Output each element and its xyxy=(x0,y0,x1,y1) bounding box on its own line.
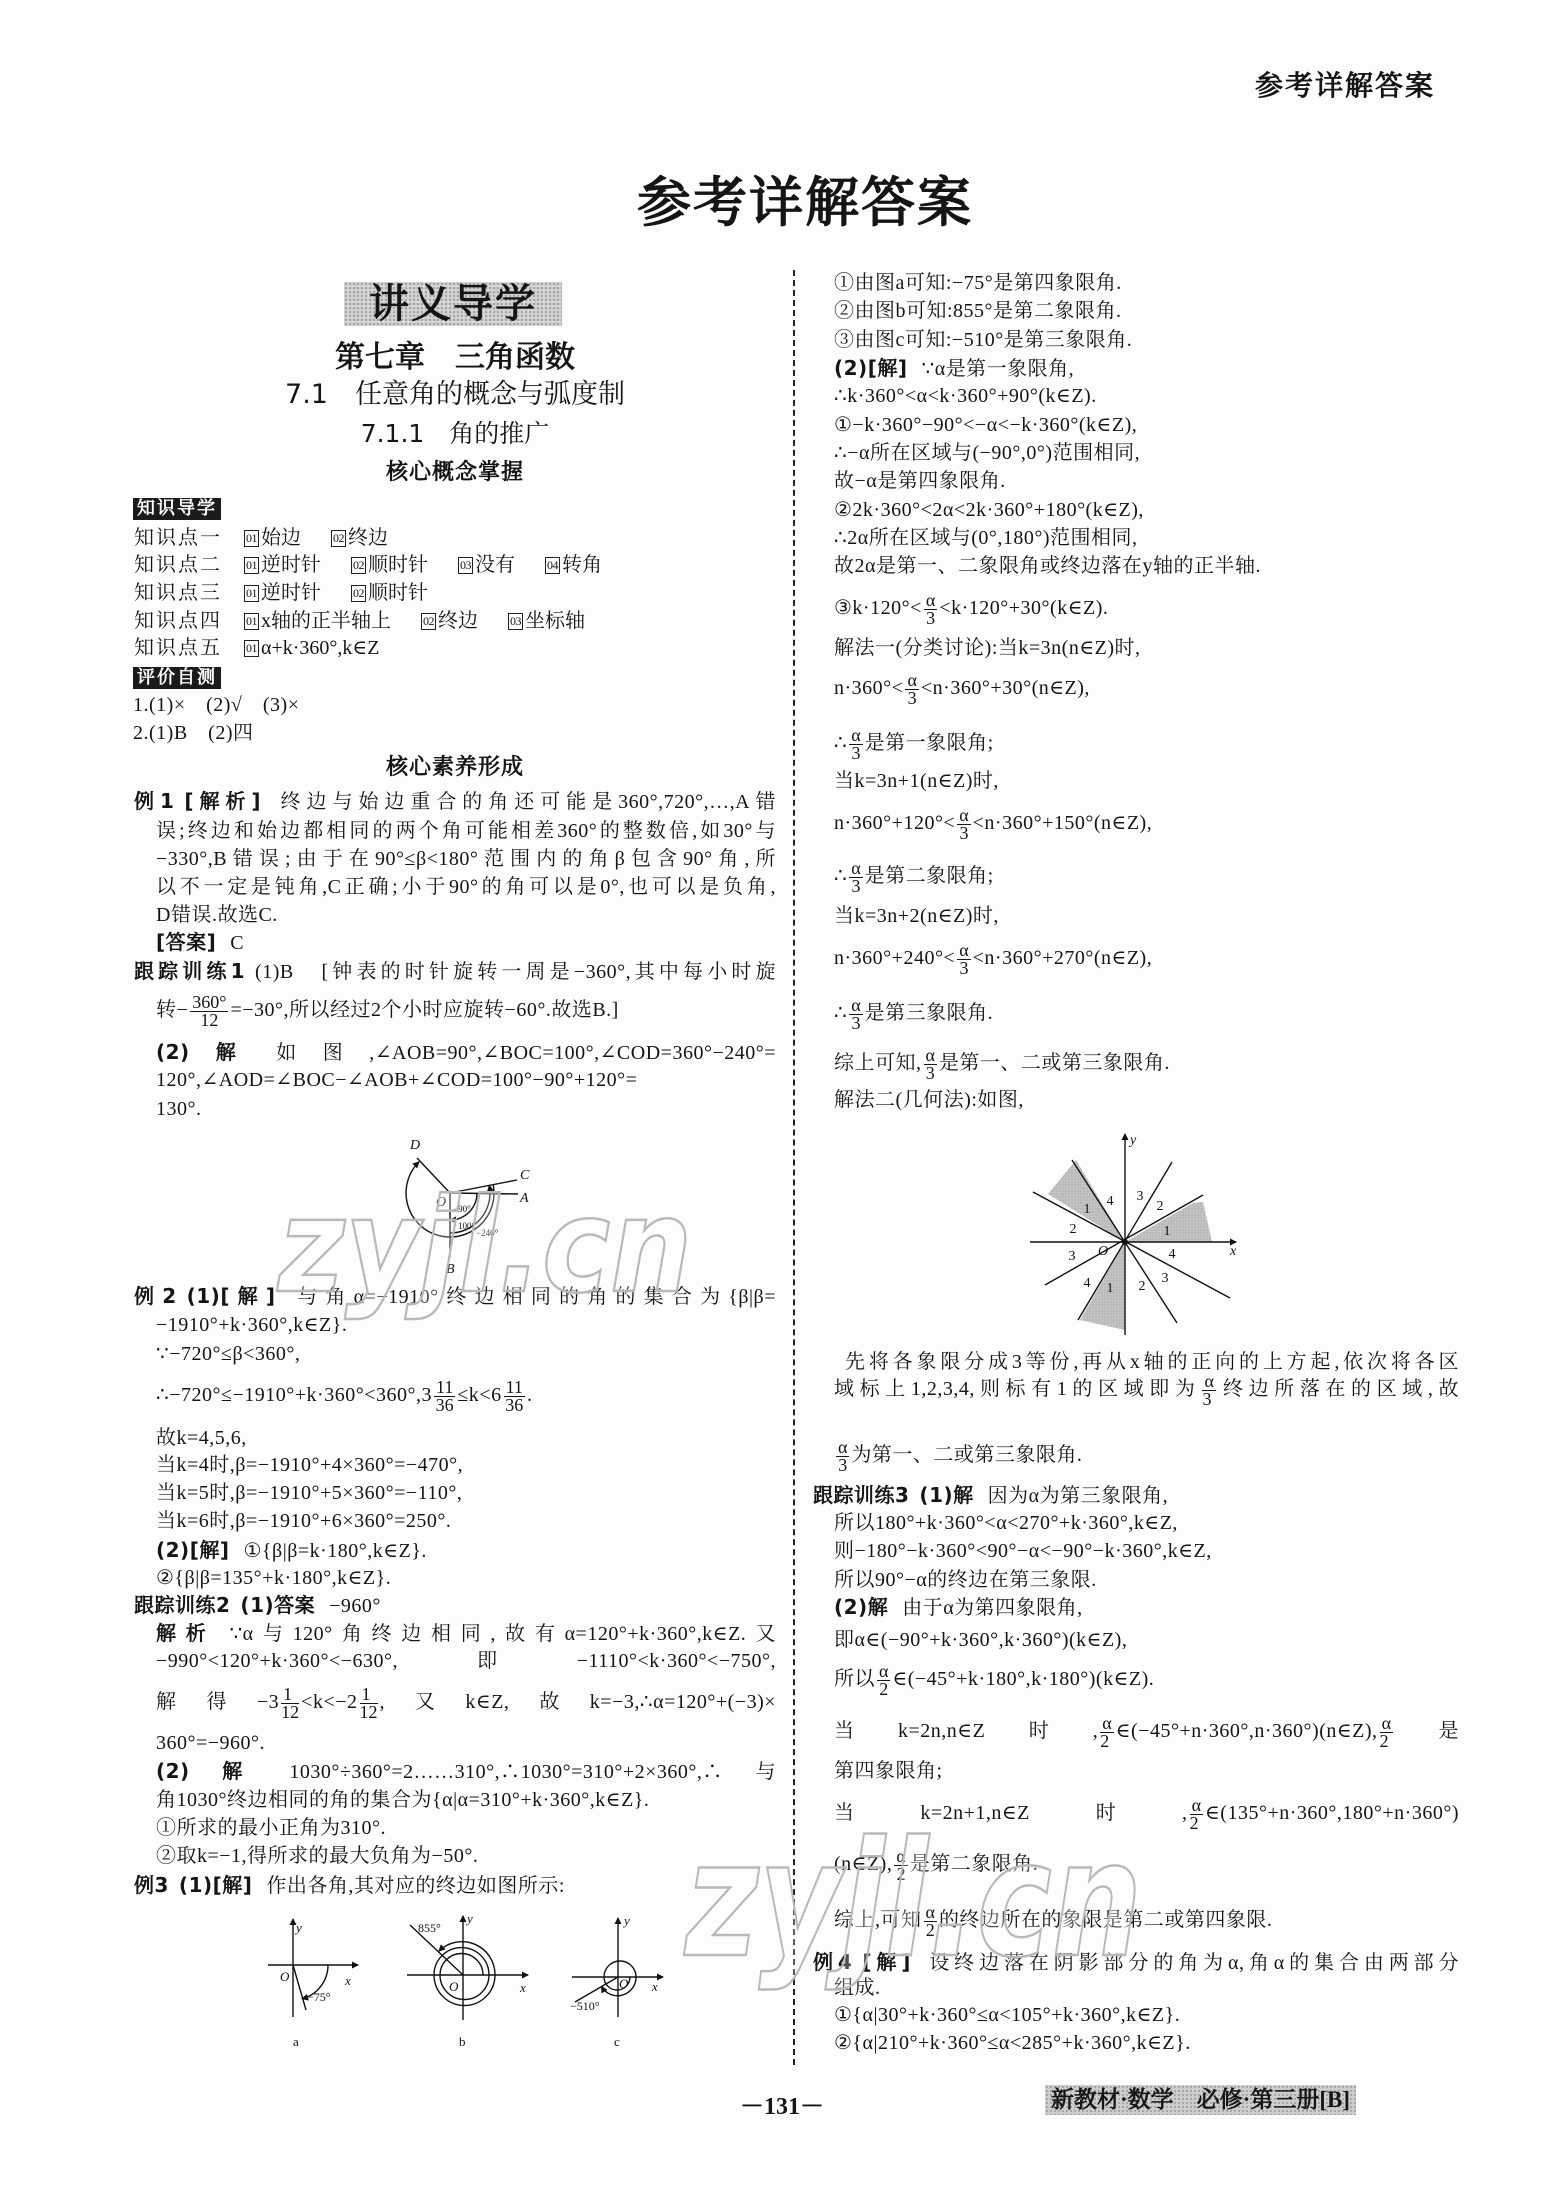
line-text: ①{β|β=k·180°,k∈Z}. xyxy=(243,1540,426,1562)
ray-oa xyxy=(450,1193,518,1194)
solution-line: ①−k·360°−90°<−α<−k·360°(k∈Z), xyxy=(834,411,1137,439)
solution-line: ①{α|30°+k·360°≤α<105°+k·360°,k∈Z}. xyxy=(834,2001,1180,2029)
item-text: 逆时针 xyxy=(261,554,321,576)
solution-line: (2)[解]∵α是第一象限角, xyxy=(834,354,1074,382)
line-text: 终边所落在的区域,故 xyxy=(1218,1378,1459,1400)
line-text: ,又k∈Z,故k=−3,∴α=120°+(−3)× xyxy=(380,1691,777,1713)
solution-line: 即α∈(−90°+k·360°,k·360°)(k∈Z), xyxy=(834,1626,1127,1654)
origin-label: O xyxy=(619,1976,629,1991)
line-text: 是第一象限角; xyxy=(865,732,994,754)
line-text: <n·360°+150°(n∈Z), xyxy=(973,812,1153,834)
angle-label: 855° xyxy=(418,1921,441,1935)
ray-od xyxy=(417,1158,450,1193)
line-text: ∵α是第一象限角, xyxy=(921,358,1074,380)
analysis-tag: [解析] xyxy=(184,789,261,813)
solution-line: 当k=3n+2(n∈Z)时, xyxy=(834,902,999,930)
solution-tag: (2)[解] xyxy=(156,1538,229,1562)
heading-core-concepts: 核心概念掌握 xyxy=(134,461,776,485)
heading-core-literacy: 核心素养形成 xyxy=(134,756,776,780)
line-text: ∈(−45°+n·360°,n·360°)(n∈Z), xyxy=(1116,1720,1378,1742)
axis-x-label: x xyxy=(651,1979,658,1994)
solution-line: ②2k·360°<2α<2k·360°+180°(k∈Z), xyxy=(834,496,1144,524)
item-number: 01 xyxy=(244,640,259,657)
line-text: n·360°< xyxy=(834,677,903,699)
answer-item: 02终边 xyxy=(421,607,478,635)
example-label: 例1 xyxy=(134,789,174,813)
angle-label-aob: −90° xyxy=(453,1204,471,1214)
axis-x-label: x xyxy=(519,1980,526,1995)
knowledge-point-4: 知识点四01x轴的正半轴上02终边03坐标轴 xyxy=(134,607,615,635)
line-text: 是 xyxy=(1395,1720,1459,1742)
item-number: 02 xyxy=(331,530,346,547)
denominator: 3 xyxy=(957,825,970,842)
example-label: 例3 xyxy=(134,1873,169,1897)
point-label-d: D xyxy=(409,1138,420,1153)
line-text: ∴ xyxy=(834,732,847,754)
region-label: 3 xyxy=(1162,1271,1169,1286)
answer-item: 04转角 xyxy=(545,551,602,579)
knowledge-point-5: 知识点五01α+k·360°,k∈Z xyxy=(134,634,409,662)
solution-line: ∴k·360°<α<k·360°+90°(k∈Z). xyxy=(834,382,1097,410)
solution-tag: (1)[解] xyxy=(179,1873,252,1897)
solution-line: 当k=2n,n∈Z时,α2∈(−45°+n·360°,n·360°)(n∈Z),… xyxy=(834,1715,1459,1743)
figure-caption: c xyxy=(614,2034,620,2049)
line-text: 当k=2n+1,n∈Z时, xyxy=(834,1802,1188,1824)
solution-line: ②由图b可知:855°是第二象限角. xyxy=(834,297,1122,325)
line-text: 因为α为第三象限角, xyxy=(988,1485,1168,1507)
line-text: 所以 xyxy=(834,1668,875,1690)
solution-line: ∴2α所在区域与(0°,180°)范围相同, xyxy=(834,524,1138,552)
denominator: 2 xyxy=(924,1922,937,1939)
denominator: 3 xyxy=(924,610,937,627)
denominator: 36 xyxy=(504,1397,525,1414)
solution-tag: (2)解 xyxy=(156,1759,275,1783)
solution-line: 误;终边和始边都相同的两个角可能相差360°的整数倍,如30°与 xyxy=(156,817,776,845)
solution-line: α3为第一、二或第三象限角. xyxy=(834,1439,1082,1467)
item-number: 03 xyxy=(458,557,473,574)
fraction: α3 xyxy=(924,1047,937,1082)
axis-y-label: y xyxy=(465,1911,473,1926)
region-label: 3 xyxy=(1069,1249,1076,1264)
point-label-b: B xyxy=(446,1262,455,1277)
line-text: 设终边落在阴影部分的角为α,角α的集合由两部分 xyxy=(925,1952,1459,1974)
solution-line: D错误.故选C. xyxy=(156,901,278,929)
origin-label: O xyxy=(449,1979,459,1994)
solution-line: 综上可知,α3是第一、二或第三象限角. xyxy=(834,1047,1170,1075)
solution-line: ∴−720°≤−1910°+k·360°<360°,31136≤k<61136. xyxy=(156,1379,532,1407)
solution-line: 360°=−960°. xyxy=(156,1729,265,1757)
line-text: 终边与始边重合的角还可能是360°,720°,…,A错 xyxy=(275,791,776,813)
solution-line: 综上,可知α2的终边所在的象限是第二或第四象限. xyxy=(834,1904,1272,1932)
fraction: 1136 xyxy=(434,1379,455,1414)
line-text: 解得−3 xyxy=(156,1691,279,1713)
answer-item: 01始边 xyxy=(244,524,301,552)
line-text: 为第一、二或第三象限角. xyxy=(851,1444,1082,1466)
self-test-answer-2: 2.(1)B (2)四 xyxy=(133,719,253,747)
item-text: 始边 xyxy=(261,527,301,549)
solution-line: (2)解1030°÷360°=2……310°,∴1030°=310°+2×360… xyxy=(156,1757,776,1785)
item-text: 顺时针 xyxy=(368,582,428,604)
angle-label: −510° xyxy=(570,1999,600,2013)
angle-rotation-figure: D C A B O −90° 100° −240° xyxy=(380,1130,560,1280)
item-number: 04 xyxy=(545,557,560,574)
page-title: 参考详解答案 xyxy=(600,160,1010,237)
knowledge-point-name: 知识点四 xyxy=(134,607,244,635)
fraction: α2 xyxy=(894,1848,907,1883)
solution-tag: (1)解 xyxy=(919,1483,973,1507)
solution-line: 角1030°终边相同的角的集合为{α|α=310°+k·360°,k∈Z}. xyxy=(156,1786,649,1814)
solution-line: (2)解如图,∠AOB=90°,∠BOC=100°,∠COD=360°−240°… xyxy=(156,1038,776,1066)
fraction: α3 xyxy=(849,727,862,762)
answer-item: 02顺时针 xyxy=(351,579,428,607)
solution-line: 故−α是第四象限角. xyxy=(834,467,1006,495)
fraction: α2 xyxy=(877,1663,890,1698)
solution-line: 解析∵α与120°角终边相同,故有α=120°+k·360°,k∈Z.又 xyxy=(156,1619,776,1647)
solution-line: 所以α2∈(−45°+k·180°,k·180°)(k∈Z). xyxy=(834,1663,1154,1691)
fraction: α3 xyxy=(905,672,918,707)
practice-2-line: 跟踪训练2(1)答案−960° xyxy=(134,1591,381,1619)
point-label-c: C xyxy=(520,1168,530,1183)
solution-line: ∴α3是第三象限角. xyxy=(834,997,993,1025)
example-label: 例4 xyxy=(813,1950,852,1974)
denominator: 3 xyxy=(905,690,918,707)
solution-line: ③k·120°<α3<k·120°+30°(k∈Z). xyxy=(834,592,1108,620)
knowledge-point-name: 知识点三 xyxy=(134,579,244,607)
solution-tag: [解] xyxy=(862,1950,911,1974)
item-number: 01 xyxy=(244,530,259,547)
example-4-line: 例4[解]设终边落在阴影部分的角为α,角α的集合由两部分 xyxy=(813,1948,1459,1976)
region-label: 1 xyxy=(1084,1202,1091,1217)
solution-line: 当k=2n+1,n∈Z时,α2∈(135°+n·360°,180°+n·360°… xyxy=(834,1797,1459,1825)
knowledge-point-1: 知识点一01始边02终边 xyxy=(134,524,418,552)
denominator: 3 xyxy=(849,878,862,895)
item-number: 02 xyxy=(351,585,366,602)
running-header-title: 参考详解答案 xyxy=(1255,64,1435,104)
solution-line: 转−360°12=−30°,所以经过2个小时应旋转−60°.故选B.] xyxy=(156,994,619,1022)
solution-line: n·360°<α3<n·360°+30°(n∈Z), xyxy=(834,672,1090,700)
solution-line: 120°,∠AOD=∠BOC−∠AOB+∠COD=100°−90°+120°= xyxy=(156,1066,776,1094)
line-text: 如图,∠AOB=90°,∠BOC=100°,∠COD=360°−240°= xyxy=(276,1042,776,1064)
fraction: α3 xyxy=(849,997,862,1032)
answer-item: 03坐标轴 xyxy=(508,607,585,635)
fraction: α2 xyxy=(1190,1797,1203,1832)
solution-line: 以不一定是钝角,C正确;小于90°的角可以是0°,也可以是负角, xyxy=(156,873,776,901)
answer-item: 03没有 xyxy=(458,551,515,579)
origin-label: O xyxy=(280,1969,290,1984)
fraction: α3 xyxy=(957,942,970,977)
line-text: <n·360°+270°(n∈Z), xyxy=(973,947,1153,969)
solution-line: 故k=4,5,6, xyxy=(156,1424,247,1452)
self-test-answer-1: 1.(1)× (2)√ (3)× xyxy=(133,691,300,719)
line-text: ∵α与120°角终边相同,故有α=120°+k·360°,k∈Z.又 xyxy=(229,1623,776,1645)
line-text: n·360°+120°< xyxy=(834,812,955,834)
solution-line: n·360°+240°<α3<n·360°+270°(n∈Z), xyxy=(834,942,1152,970)
line-text: −960° xyxy=(329,1595,381,1617)
practice-3-line: 跟踪训练3(1)解因为α为第三象限角, xyxy=(813,1481,1168,1509)
denominator: 12 xyxy=(190,1012,228,1029)
solution-line: ①所求的最小正角为310°. xyxy=(156,1814,386,1842)
figure-caption: b xyxy=(459,2034,466,2049)
denominator: 3 xyxy=(849,1015,862,1032)
region-label: 1 xyxy=(1164,1224,1171,1239)
solution-line: 则−180°−k·360°<90°−α<−90°−k·360°,k∈Z, xyxy=(834,1537,1212,1565)
answer-item: 02顺时针 xyxy=(351,551,428,579)
origin-label: O xyxy=(1098,1244,1108,1259)
line-text: n·360°+240°< xyxy=(834,947,955,969)
solution-line: ∴−α所在区域与(−90°,0°)范围相同, xyxy=(834,439,1140,467)
angle-label-cod: −240° xyxy=(476,1228,499,1238)
example-3-line: 例3(1)[解]作出各角,其对应的终边如图所示: xyxy=(134,1871,565,1899)
fraction: α3 xyxy=(1202,1373,1215,1408)
answer-item: 01逆时针 xyxy=(244,579,321,607)
fraction: α2 xyxy=(1380,1715,1393,1750)
region-label: 4 xyxy=(1169,1247,1176,1262)
solution-line: (n∈Z),α2是第二象限角. xyxy=(834,1848,1038,1876)
solution-line: 故2α是第一、二象限角或终边落在y轴的正半轴. xyxy=(834,552,1261,580)
denominator: 2 xyxy=(877,1681,890,1698)
region-label: 4 xyxy=(1107,1194,1114,1209)
line-text: C xyxy=(230,932,244,954)
denominator: 3 xyxy=(1202,1391,1215,1408)
line-text: 是第一、二或第三象限角. xyxy=(939,1052,1170,1074)
line-text: ∈(−45°+k·180°,k·180°)(k∈Z). xyxy=(892,1668,1154,1690)
ray-oc xyxy=(450,1180,517,1193)
solution-line: 所以180°+k·360°<α<270°+k·360°,k∈Z, xyxy=(834,1509,1178,1537)
example-1-line: 例1[解析]终边与始边重合的角还可能是360°,720°,…,A错 xyxy=(134,787,776,815)
line-text: 综上,可知 xyxy=(834,1909,922,1931)
sector-division-diagram: 1 2 3 4 1 2 3 4 1 2 3 4 O x y xyxy=(1020,1130,1280,1350)
solution-line: ②{α|210°+k·360°≤α<285°+k·360°,k∈Z}. xyxy=(834,2029,1191,2057)
solution-line: ③由图c可知:−510°是第三象限角. xyxy=(834,326,1132,354)
origin-point xyxy=(1122,1239,1128,1245)
denominator: 12 xyxy=(360,1704,378,1721)
item-number: 02 xyxy=(421,613,436,630)
denominator: 3 xyxy=(849,745,862,762)
fraction: α3 xyxy=(836,1439,849,1474)
knowledge-point-2: 知识点二01逆时针02顺时针03没有04转角 xyxy=(134,551,632,579)
practice-label: 跟踪训练1 xyxy=(134,959,245,983)
item-text: 坐标轴 xyxy=(525,610,585,632)
book-series-label: 新教材·数学 必修·第三册[B] xyxy=(1045,2085,1356,2115)
solution-line: 解法二(几何法):如图, xyxy=(834,1086,1024,1114)
line-text: 由于α为第四象限角, xyxy=(902,1597,1082,1619)
line-text: ③k·120°< xyxy=(834,597,922,619)
denominator: 2 xyxy=(1380,1733,1393,1750)
denominator: 2 xyxy=(1190,1815,1203,1832)
point-label-o: O xyxy=(436,1195,446,1210)
denominator: 2 xyxy=(894,1866,907,1883)
solution-line: (2)[解]①{β|β=k·180°,k∈Z}. xyxy=(156,1536,427,1564)
line-text: 是第二象限角; xyxy=(865,865,994,887)
fraction: 360°12 xyxy=(190,994,228,1029)
solution-line: 所以90°−α的终边在第三象限. xyxy=(834,1566,1097,1594)
item-text: 逆时针 xyxy=(261,582,321,604)
line-text: (n∈Z), xyxy=(834,1853,892,1875)
line-text: (1)B [钟表的时针旋转一周是−360°,其中每小时旋 xyxy=(255,961,776,983)
line-text: ∴ xyxy=(834,1002,847,1024)
line-text: 作出各角,其对应的终边如图所示: xyxy=(266,1875,565,1897)
practice-label: 跟踪训练2 xyxy=(134,1593,230,1617)
page-number: －131－ xyxy=(740,2086,824,2121)
chapter-title: 第七章 三角函数 xyxy=(134,341,776,375)
solution-line: 当k=6时,β=−1910°+6×360°=250°. xyxy=(156,1507,451,1535)
solution-line: 解法一(分类讨论):当k=3n(n∈Z)时, xyxy=(834,634,1141,662)
solution-line: ∴α3是第一象限角; xyxy=(834,727,994,755)
solution-line: 当k=5时,β=−1910°+5×360°=−110°, xyxy=(156,1479,462,1507)
knowledge-point-name: 知识点五 xyxy=(134,634,244,662)
axis-y-label: y xyxy=(622,1913,630,1928)
line-text: 1030°÷360°=2……310°,∴1030°=310°+2×360°,∴与 xyxy=(289,1761,776,1783)
answer-item: 01逆时针 xyxy=(244,551,321,579)
fraction: 1136 xyxy=(504,1379,525,1414)
fraction: 112 xyxy=(360,1686,378,1721)
denominator: 2 xyxy=(1100,1733,1113,1750)
solution-line: 先将各象限分成3等份,再从x轴的正向的上方起,依次将各区 xyxy=(845,1348,1459,1376)
answer-tag: (1)答案 xyxy=(240,1593,315,1617)
example-label: 例2 xyxy=(134,1284,177,1308)
region-label: 2 xyxy=(1070,1222,1077,1237)
section-title: 7.1 任意角的概念与弧度制 xyxy=(134,380,776,410)
item-text: 没有 xyxy=(475,554,515,576)
denominator: 3 xyxy=(836,1457,849,1474)
practice-1-line: 跟踪训练1(1)B [钟表的时针旋转一周是−360°,其中每小时旋 xyxy=(134,957,776,985)
solution-line: −1910°+k·360°,k∈Z}. xyxy=(156,1311,347,1339)
solution-line: 域标上1,2,3,4,则标有1的区域即为α3终边所落在的区域,故 xyxy=(834,1373,1459,1401)
answer-item: 02终边 xyxy=(331,524,388,552)
line-text: 转− xyxy=(156,999,188,1021)
denominator: 3 xyxy=(924,1065,937,1082)
region-label: 2 xyxy=(1139,1279,1146,1294)
item-number: 02 xyxy=(351,557,366,574)
knowledge-guide-label: 知识导学 xyxy=(133,498,221,520)
practice-label: 跟踪训练3 xyxy=(813,1483,909,1507)
axis-y-label: y xyxy=(1128,1133,1137,1148)
solution-line: 解得−3112<k<−2112,又k∈Z,故k=−3,∴α=120°+(−3)× xyxy=(156,1686,776,1714)
line-text: 与角α=−1910°终边相同的角的集合为{β|β= xyxy=(290,1286,777,1308)
line-text: 的终边所在的象限是第二或第四象限. xyxy=(939,1909,1273,1931)
item-text: α+k·360°,k∈Z xyxy=(261,637,379,659)
axis-x-label: x xyxy=(344,1973,351,1988)
line-text: 当k=2n,n∈Z时, xyxy=(834,1720,1098,1742)
region-label: 4 xyxy=(1084,1276,1091,1291)
solution-line: 组成. xyxy=(834,1974,881,2002)
solution-line: 当k=4时,β=−1910°+4×360°=−470°, xyxy=(156,1451,463,1479)
line-text: 是第三象限角. xyxy=(865,1002,994,1024)
line-text: 综上可知, xyxy=(834,1052,922,1074)
line-text: ∈(135°+n·360°,180°+n·360°) xyxy=(1205,1802,1459,1824)
solution-line: ∴α3是第二象限角; xyxy=(834,860,994,888)
knowledge-point-3: 知识点三01逆时针02顺时针 xyxy=(134,579,458,607)
item-text: 顺时针 xyxy=(368,554,428,576)
item-text: 转角 xyxy=(562,554,602,576)
fraction: α3 xyxy=(924,592,937,627)
solution-line: −990°<120°+k·360°<−630°,即−1110°<k·360°<−… xyxy=(156,1647,776,1675)
solution-line: 130°. xyxy=(156,1095,202,1123)
answer-line: [答案]C xyxy=(156,928,244,956)
answer-item: 01α+k·360°,k∈Z xyxy=(244,634,379,662)
solution-tag: (2)解 xyxy=(834,1595,888,1619)
denominator: 12 xyxy=(281,1704,299,1721)
item-number: 03 xyxy=(508,613,523,630)
knowledge-point-name: 知识点一 xyxy=(134,524,244,552)
line-text: <k<−2 xyxy=(301,1691,357,1713)
line-text: 是第二象限角. xyxy=(910,1853,1039,1875)
solution-line: n·360°+120°<α3<n·360°+150°(n∈Z), xyxy=(834,807,1152,835)
answer-tag: [答案] xyxy=(156,930,216,954)
fraction: α2 xyxy=(924,1904,937,1939)
item-text: 终边 xyxy=(438,610,478,632)
solution-line: ②{β|β=135°+k·180°,k∈Z}. xyxy=(156,1564,391,1592)
angle-label: −75° xyxy=(307,1990,331,2004)
solution-line: −330°,B错误;由于在90°≤β<180°范围内的角β包含90°角,所 xyxy=(156,845,776,873)
subsection-title: 7.1.1 角的推广 xyxy=(134,420,776,448)
solution-line: ①由图a可知:−75°是第四象限角. xyxy=(834,269,1122,297)
self-test-label: 评价自测 xyxy=(133,667,221,689)
line-text: =−30°,所以经过2个小时应旋转−60°.故选B.] xyxy=(230,999,618,1021)
item-number: 01 xyxy=(244,613,259,630)
point-label-a: A xyxy=(519,1191,529,1206)
fraction: α2 xyxy=(1100,1715,1113,1750)
terminal-side-figures: y x O −75° a 855° y x O b −510° y x O c xyxy=(250,1905,690,2055)
solution-line: 当k=3n+1(n∈Z)时, xyxy=(834,767,999,795)
solution-tag: (2)解 xyxy=(156,1040,262,1064)
solution-line: 第四象限角; xyxy=(834,1757,943,1785)
item-number: 01 xyxy=(244,557,259,574)
line-text: ∴−720°≤−1910°+k·360°<360°,3 xyxy=(156,1384,432,1406)
column-divider xyxy=(793,270,795,2065)
solution-line: (2)解由于α为第四象限角, xyxy=(834,1593,1083,1621)
solution-line: ②取k=−1,得所求的最大负角为−50°. xyxy=(156,1842,478,1870)
knowledge-point-name: 知识点二 xyxy=(134,551,244,579)
line-text: <n·360°+30°(n∈Z), xyxy=(921,677,1090,699)
denominator: 36 xyxy=(434,1397,455,1414)
region-label: 2 xyxy=(1157,1199,1164,1214)
denominator: 3 xyxy=(957,960,970,977)
line-text: ∴ xyxy=(834,865,847,887)
item-text: 终边 xyxy=(348,527,388,549)
analysis-tag: 解析 xyxy=(156,1621,215,1645)
example-2-line: 例2(1)[解]与角α=−1910°终边相同的角的集合为{β|β= xyxy=(134,1282,776,1310)
angle-label-boc: 100° xyxy=(458,1221,476,1231)
solution-tag: (2)[解] xyxy=(834,356,907,380)
axis-y-label: y xyxy=(294,1920,302,1935)
region-label: 3 xyxy=(1137,1189,1144,1204)
axis-x-label: x xyxy=(1229,1244,1237,1259)
line-text: 域标上1,2,3,4,则标有1的区域即为 xyxy=(834,1378,1200,1400)
fraction: α3 xyxy=(849,860,862,895)
answer-item: 01x轴的正半轴上 xyxy=(244,607,391,635)
item-number: 01 xyxy=(244,585,259,602)
item-text: x轴的正半轴上 xyxy=(261,610,391,632)
line-text: . xyxy=(527,1384,533,1406)
region-label: 1 xyxy=(1107,1281,1114,1296)
fraction: α3 xyxy=(957,807,970,842)
line-text: ≤k<6 xyxy=(457,1384,501,1406)
figure-caption: a xyxy=(293,2034,299,2049)
fraction: 112 xyxy=(281,1686,299,1721)
solution-line: ∵−720°≤β<360°, xyxy=(156,1340,300,1368)
solution-tag: (1)[解] xyxy=(187,1284,276,1308)
section-banner: 讲义导学 xyxy=(344,282,562,326)
line-text: <k·120°+30°(k∈Z). xyxy=(939,597,1108,619)
